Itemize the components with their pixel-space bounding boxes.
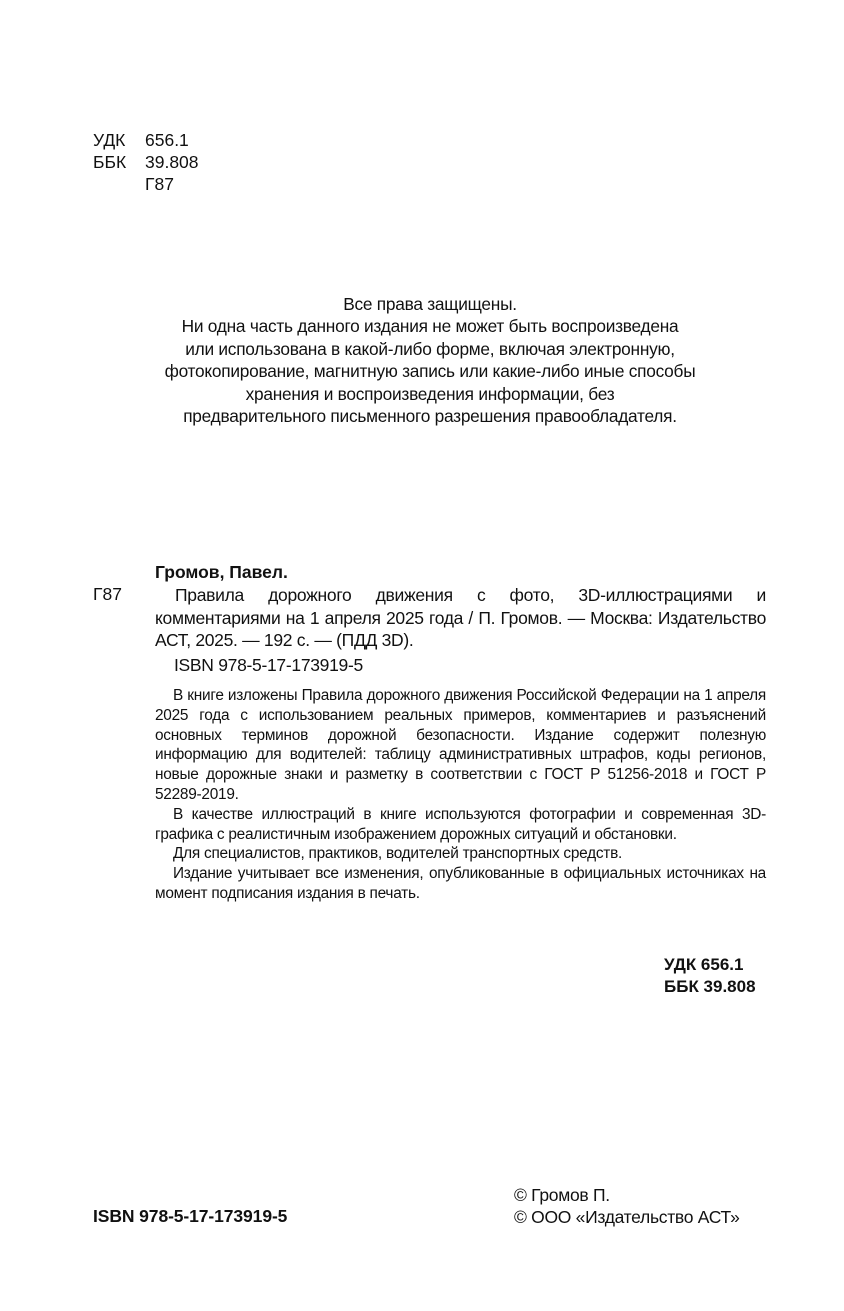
bbk-bottom: ББК 39.808 (664, 976, 756, 998)
bbk-label: ББК (93, 151, 145, 173)
udk-bottom: УДК 656.1 (664, 954, 756, 976)
rights-line: Все права защищены. (100, 293, 760, 315)
classification-block-bottom: УДК 656.1 ББК 39.808 (664, 954, 756, 998)
annotation-paragraph: В книге изложены Правила дорожного движе… (155, 686, 766, 805)
udk-label: УДК (93, 129, 145, 151)
annotation-paragraph: В качестве иллюстраций в книге использую… (155, 805, 766, 845)
rights-line: фотокопирование, магнитную запись или ка… (100, 360, 760, 382)
description-text: Правила дорожного движения с фото, 3D-ил… (155, 585, 766, 650)
rights-line: предварительного письменного разрешения … (100, 405, 760, 427)
author-heading: Громов, Павел. (155, 562, 288, 583)
author-mark: Г87 (145, 173, 174, 195)
isbn-footer: ISBN 978-5-17-173919-5 (93, 1206, 287, 1227)
rights-line: или использована в какой-либо форме, вкл… (100, 338, 760, 360)
annotation: В книге изложены Правила дорожного движе… (155, 686, 766, 904)
udk-row: УДК 656.1 (93, 129, 199, 151)
author-mark-code: Г87 (93, 584, 122, 605)
rights-notice: Все права защищены. Ни одна часть данног… (100, 293, 760, 427)
annotation-paragraph: Издание учитывает все изменения, опублик… (155, 864, 766, 904)
bbk-value: 39.808 (145, 151, 199, 173)
annotation-paragraph: Для специалистов, практиков, водителей т… (155, 844, 766, 864)
classification-block-top: УДК 656.1 ББК 39.808 Г87 (93, 129, 199, 195)
rights-line: Ни одна часть данного издания не может б… (100, 315, 760, 337)
copyright-author: © Громов П. (514, 1184, 740, 1206)
rights-line: хранения и воспроизведения информации, б… (100, 383, 760, 405)
isbn-record: ISBN 978-5-17-173919-5 (174, 655, 363, 676)
author-mark-row: Г87 (93, 173, 199, 195)
bbk-row: ББК 39.808 (93, 151, 199, 173)
copyright-publisher: © ООО «Издательство АСТ» (514, 1206, 740, 1228)
copyright-block: © Громов П. © ООО «Издательство АСТ» (514, 1184, 740, 1228)
bibliographic-description: Правила дорожного движения с фото, 3D-ил… (155, 584, 766, 652)
udk-value: 656.1 (145, 129, 189, 151)
